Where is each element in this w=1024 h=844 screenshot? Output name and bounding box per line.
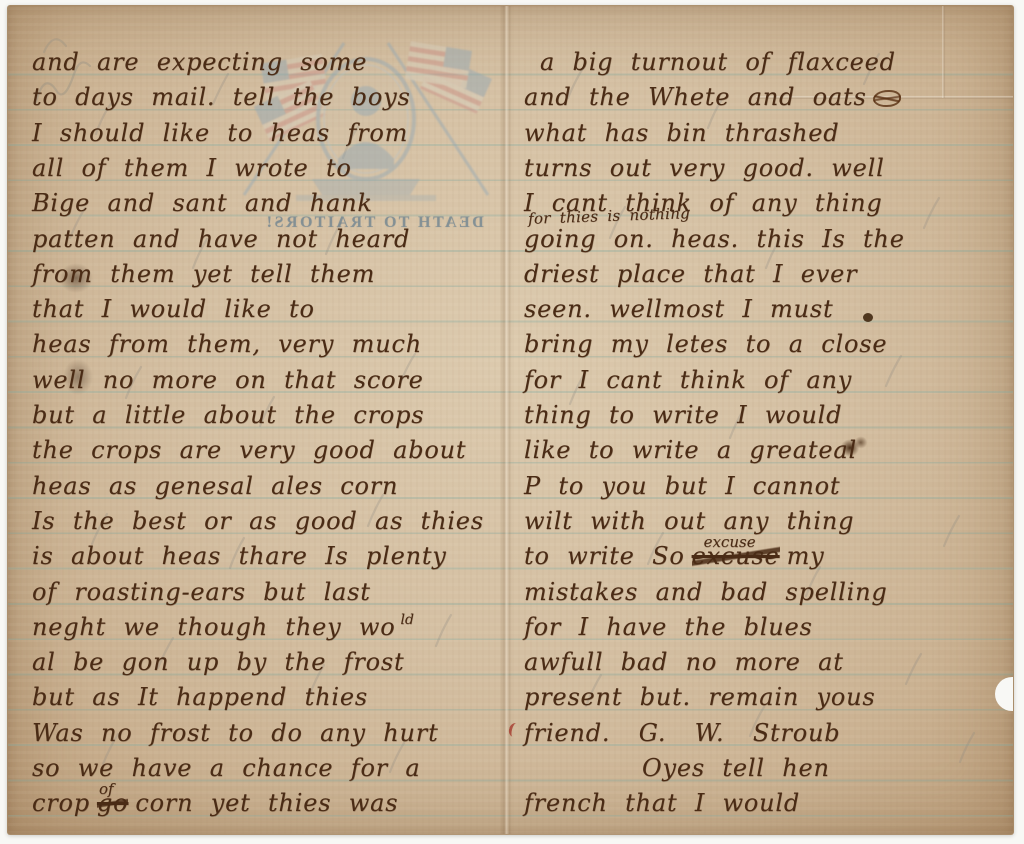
letter-line: turns out very good. well [524,154,885,188]
letter-line: is about heas thare Is plenty [32,542,447,576]
letter-line: Was no frost to do any hurt [32,719,439,753]
letter-line-text: and the Whete and oats [524,83,867,111]
letter-line: what has bin thrashed [524,119,839,153]
letter-line: of roasting-ears but last [32,578,371,612]
letter-line-text: crop [32,789,90,817]
letter-line: the crops are very good about [32,436,466,470]
letter-line: bring my letes to a close [524,330,887,364]
letter-line: seen. wellmost I must [524,295,833,329]
letter-line: awfull bad no more at [524,648,844,682]
letter-line: and the Whete and oats [524,83,901,117]
inserted-word: of [99,780,114,798]
letter-line: french that I would [524,789,800,823]
letter-line: that I would like to [32,295,315,329]
letter-line-text: my [787,542,825,570]
letter-line: all of them I wrote to [32,154,352,188]
correction-group: ofgo [97,789,128,817]
letter-line: a big turnout of flaxceed [540,48,896,82]
letter-line: from them yet tell them [32,260,375,294]
letter-line: heas as genesal ales corn [32,472,398,506]
letter-line: Oyes tell hen [642,754,830,788]
letter-line: wilt with out any thing [524,507,854,541]
letter-line: neght we though they wold [32,613,414,647]
letter-line: but a little about the crops [32,401,424,435]
letter-line-text: corn yet thies was [135,789,398,817]
letter-line: for I have the blues [524,613,813,647]
correction-group: excuseexcuse [692,542,780,570]
letter-line: driest place that I ever [524,260,857,294]
letter-line: I should like to heas from [32,119,408,153]
letter-line: Is the best or as good as thies [32,507,484,541]
letter-scan-paper: DEATH TO TRAITORS! and are expecting som… [7,5,1014,835]
letter-line: to write Soexcuseexcusemy [524,542,824,576]
signature-line: friend. G. W. Stroub [524,719,840,753]
letter-line: but as It happend thies [32,683,368,717]
letter-line: like to write a greateal [524,436,857,470]
letter-line-text: to write So [524,542,685,570]
letter-line: to days mail. tell the boys [32,83,411,117]
paper-crease [942,6,945,98]
strikeout-scribble [873,90,901,107]
letter-line: so we have a chance for a [32,754,421,788]
letter-line: al be gon up by the frost [32,648,404,682]
letter-line: Bige and sant and hank [32,189,373,223]
letter-line: P to you but I cannot [524,472,840,506]
letter-line: heas from them, very much [32,330,422,364]
letter-line: patten and have not heard [32,225,410,259]
superscript-correction: ld [400,612,413,628]
letter-line: well no more on that score [32,366,424,400]
letter-line: mistakes and bad spelling [524,578,888,612]
letter-line: and are expecting some [32,48,367,82]
paper-fold-crease [500,6,512,834]
letter-line: thing to write I would [524,401,842,435]
inserted-word: excuse [704,533,756,551]
letter-line-text: neght we though they wo [32,613,395,641]
letter-line: cropofgocorn yet thies was [32,789,398,823]
letter-line: for I cant think of any [524,366,852,400]
letter-line: present but. remain yous [524,683,876,717]
ink-dot [863,313,873,322]
letter-line: going on. heas. this Is the [524,225,905,259]
